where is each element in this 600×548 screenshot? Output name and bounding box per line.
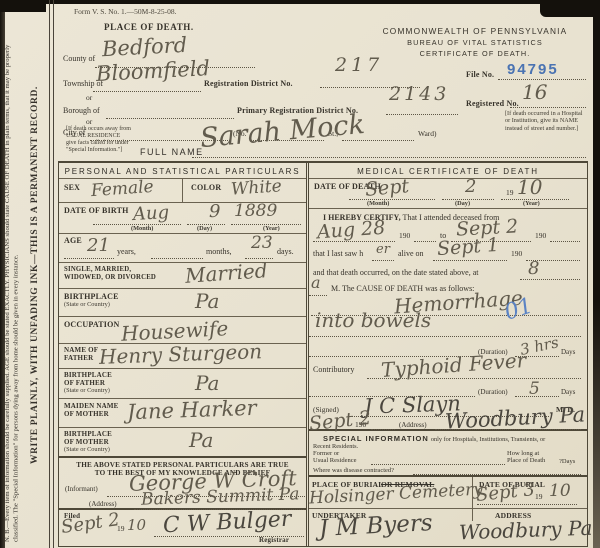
dotted-line xyxy=(371,463,505,465)
commonwealth-title: COMMONWEALTH OF PENNSYLVANIA xyxy=(370,26,580,36)
filed-year-handwritten: 10 xyxy=(127,518,146,533)
bureau-title: BUREAU OF VITAL STATISTICS xyxy=(370,38,580,47)
burial-date-handwritten: Sept 3 xyxy=(475,481,535,505)
sex-value-handwritten: Female xyxy=(90,179,154,200)
hospital-instruction-note: [If death occurred in a Hospital or Inst… xyxy=(505,110,589,132)
duration-label: (Duration) xyxy=(478,388,508,396)
birth-year-handwritten: 1889 xyxy=(234,203,277,220)
cause-line2-handwritten: into bowels xyxy=(315,310,431,330)
disease-contracted-question: Where was disease contracted? xyxy=(313,467,394,474)
medical-title: MEDICAL CERTIFICATE OF DEATH xyxy=(309,167,587,176)
place-of-death-title: PLACE OF DEATH. xyxy=(104,22,194,32)
mother-birthplace-label-line1: BIRTHPLACE xyxy=(64,430,112,438)
special-information-note-line2: Recent Residents. xyxy=(313,443,358,450)
primary-district-value-handwritten: 2143 xyxy=(389,85,449,104)
death-year-printed: 19 xyxy=(506,188,514,197)
personal-title: PERSONAL AND STATISTICAL PARTICULARS xyxy=(59,167,306,176)
burial-year-printed: 19 xyxy=(535,492,543,501)
age-days-handwritten: 23 xyxy=(251,235,273,252)
particulars-table: PERSONAL AND STATISTICAL PARTICULARS SEX… xyxy=(58,161,588,547)
how-long-label-line1: How long at xyxy=(507,450,539,457)
attended-from-handwritten: Aug 28 xyxy=(316,219,386,243)
mother-value-handwritten: Jane Harker xyxy=(127,398,257,424)
informant-address-handwritten: Bakers Summit Pa xyxy=(141,486,300,509)
age-label: AGE xyxy=(64,236,82,245)
dotted-line xyxy=(106,117,234,119)
year-caption: (Year) xyxy=(523,200,540,207)
father-label-line2: FATHER xyxy=(64,354,93,362)
last-seen-handwritten: Sept 1 xyxy=(436,236,499,259)
physician-address-label: (Address) xyxy=(399,421,427,429)
years-word: years, xyxy=(117,247,136,256)
state-or-country-caption: (State or Country) xyxy=(64,446,110,453)
death-year-handwritten: 10 xyxy=(517,177,542,197)
informant-attestation-row: THE ABOVE STATED PERSONAL PARTICULARS AR… xyxy=(59,458,306,510)
dotted-line xyxy=(231,223,301,225)
mother-label-line2: OF MOTHER xyxy=(64,410,109,418)
date-of-birth-label: DATE OF BIRTH xyxy=(64,206,129,215)
or-word: or xyxy=(86,117,92,126)
dotted-line xyxy=(442,198,494,200)
registrar-signature-handwritten: C W Bulger xyxy=(163,509,292,538)
dotted-line xyxy=(192,156,586,158)
contributory-label: Contributory xyxy=(313,365,354,374)
death-hour-handwritten: 8 xyxy=(528,260,539,278)
dotted-line xyxy=(371,428,395,430)
informant-address-label: (Address) xyxy=(89,500,117,508)
father-birthplace-label-line1: BIRTHPLACE xyxy=(64,371,112,379)
dotted-line xyxy=(414,240,436,242)
undertaker-address-handwritten: Woodbury Pa xyxy=(459,518,593,543)
age-years-handwritten: 21 xyxy=(87,237,110,255)
special-information-block: SPECIAL INFORMATION only for Hospitals, … xyxy=(309,431,587,477)
file-no-label: File No. xyxy=(466,70,494,79)
year-printed-190: 190 xyxy=(399,231,410,240)
am-handwritten: a xyxy=(311,275,321,291)
days-word: Days xyxy=(561,348,575,356)
medical-column: MEDICAL CERTIFICATE OF DEATH DATE OF DEA… xyxy=(309,163,587,546)
father-birthplace-value-handwritten: Pa xyxy=(195,373,219,393)
marital-label-line1: SINGLE, MARRIED, xyxy=(64,266,131,273)
mother-name-row: MAIDEN NAME OF MOTHER Jane Harker xyxy=(59,399,306,428)
registrar-label: Registrar xyxy=(259,536,289,544)
occupation-row: OCCUPATION Housewife xyxy=(59,317,306,344)
undertaker-row: UNDERTAKER J M Byers ADDRESS Woodbury Pa xyxy=(309,509,587,545)
days-word: days. xyxy=(277,247,294,256)
birthplace-label: BIRTHPLACE xyxy=(64,292,119,301)
father-birthplace-row: BIRTHPLACE OF FATHER (State or Country) … xyxy=(59,369,306,399)
day-caption: (Day) xyxy=(455,200,470,207)
birth-month-handwritten: Aug xyxy=(133,204,170,224)
month-caption: (Month) xyxy=(367,200,389,207)
alive-on-text: alive on xyxy=(398,249,424,258)
how-long-label-line2: Place of Death xyxy=(507,457,545,464)
day-caption: (Day) xyxy=(197,225,212,232)
date-of-birth-row: DATE OF BIRTH Aug 9 1889 (Month) (Day) (… xyxy=(59,203,306,234)
birth-day-handwritten: 9 xyxy=(209,203,220,221)
year-printed-190: 190 xyxy=(535,231,546,240)
death-certificate-scan: WRITE PLAINLY, WITH UNFADING INK—THIS IS… xyxy=(0,0,600,548)
blue-annotation-mark: 01 xyxy=(502,295,535,325)
county-label: County of xyxy=(63,54,95,63)
margin-warning-text: WRITE PLAINLY, WITH UNFADING INK—THIS IS… xyxy=(30,10,46,540)
sex-label: SEX xyxy=(64,183,80,192)
city-ward-label: Ward) xyxy=(418,129,437,138)
undertaker-value-handwritten: J M Byers xyxy=(318,512,433,541)
month-caption: (Month) xyxy=(131,225,153,232)
last-saw-text: that I last saw h xyxy=(313,249,363,258)
scan-edge-right xyxy=(593,0,600,548)
medical-title-row: MEDICAL CERTIFICATE OF DEATH xyxy=(309,163,587,179)
certificate-title: CERTIFICATE OF DEATH. xyxy=(370,49,580,58)
dotted-line xyxy=(309,294,327,296)
form-header: Form V. S. No. 1.—50M-8-25-08. PLACE OF … xyxy=(58,0,592,161)
county-value-handwritten: Bedford xyxy=(102,35,188,60)
dotted-line xyxy=(413,473,581,475)
special-information-note: only for Hospitals, Institutions, Transi… xyxy=(431,436,545,443)
township-value-handwritten: Bloomfield xyxy=(96,58,211,85)
certification-block: I HEREBY CERTIFY, That I attended deceas… xyxy=(309,209,587,431)
dotted-line xyxy=(510,106,586,108)
burial-year-handwritten: 10 xyxy=(549,483,571,500)
dotted-line xyxy=(151,257,203,259)
year-printed-190: 190 xyxy=(511,249,522,258)
occupation-label: OCCUPATION xyxy=(64,320,119,329)
marital-label-line2: WIDOWED, OR DIVORCED xyxy=(64,274,156,281)
dotted-line xyxy=(187,223,225,225)
borough-label: Borough of xyxy=(63,106,100,115)
father-name-row: NAME OF FATHER Henry Sturgeon xyxy=(59,344,306,369)
dotted-line xyxy=(386,113,458,115)
year-caption: (Year) xyxy=(263,225,280,232)
margin-note-text: N. B.—Every item of information should b… xyxy=(4,28,30,542)
special-information-title-line: SPECIAL INFORMATION only for Hospitals, … xyxy=(323,434,545,443)
or-word: or xyxy=(86,93,92,102)
margin-divider-rule xyxy=(49,0,54,548)
former-residence-label-line2: Usual Residence xyxy=(313,457,357,464)
registration-district-label: Registration District No. xyxy=(204,79,293,88)
mother-birthplace-value-handwritten: Pa xyxy=(189,430,213,450)
mother-birthplace-label-line2: OF MOTHER xyxy=(64,438,109,446)
state-or-country-caption: (State or Country) xyxy=(64,301,110,308)
mother-birthplace-row: BIRTHPLACE OF MOTHER (State or Country) … xyxy=(59,428,306,458)
former-residence-label-line1: Former or xyxy=(313,450,339,457)
mother-label-line1: MAIDEN NAME xyxy=(64,402,119,410)
months-word: months, xyxy=(206,247,232,256)
days-question-label: ?Days xyxy=(559,458,575,465)
father-label-line1: NAME OF xyxy=(64,346,98,354)
state-or-country-caption: (State or Country) xyxy=(64,387,110,394)
birthplace-value-handwritten: Pa xyxy=(195,291,219,311)
dotted-line xyxy=(372,259,394,261)
burial-row: PLACE OF BURIAL OR REMOVAL Holsinger Cem… xyxy=(309,477,587,509)
informant-label: (Informant) xyxy=(65,485,98,493)
dotted-line xyxy=(64,257,114,259)
marital-value-handwritten: Married xyxy=(184,260,268,286)
registered-no-value-handwritten: 16 xyxy=(522,82,547,102)
age-row: AGE 21 years, months, 23 days. xyxy=(59,234,306,263)
father-birthplace-label-line2: OF FATHER xyxy=(64,379,105,387)
birthplace-row: BIRTHPLACE (State or Country) Pa xyxy=(59,289,306,317)
color-value-handwritten: White xyxy=(230,178,282,198)
special-information-title: SPECIAL INFORMATION xyxy=(323,434,429,443)
death-day-handwritten: 2 xyxy=(465,178,476,196)
registration-district-value-handwritten: 217 xyxy=(335,56,383,75)
father-value-handwritten: Henry Sturgeon xyxy=(99,341,263,367)
dotted-line xyxy=(93,90,201,92)
dotted-line xyxy=(550,240,580,242)
sex-color-row: SEX Female COLOR White xyxy=(59,179,306,203)
date-of-death-row: DATE OF DEATH Sept 2 19 10 (Month) (Day)… xyxy=(309,179,587,209)
form-number: Form V. S. No. 1.—50M-8-25-08. xyxy=(74,7,176,16)
color-label: COLOR xyxy=(191,183,221,192)
cell-divider xyxy=(182,179,183,202)
her-handwritten: er xyxy=(376,243,390,256)
contributory-duration-handwritten: 5 xyxy=(529,381,540,398)
marital-status-row: SINGLE, MARRIED, WIDOWED, OR DIVORCED Ma… xyxy=(59,263,306,289)
filed-date-handwritten: Sept 2 xyxy=(60,511,121,537)
death-occurred-text: and that death occurred, on the date sta… xyxy=(313,268,478,277)
personal-column: PERSONAL AND STATISTICAL PARTICULARS SEX… xyxy=(59,163,309,546)
days-word: Days xyxy=(561,388,575,396)
filed-row: Filed Sept 2 19 10 C W Bulger Registrar xyxy=(59,510,306,545)
death-month-handwritten: Sept xyxy=(364,177,410,200)
file-no-stamp: 94795 xyxy=(507,61,559,78)
